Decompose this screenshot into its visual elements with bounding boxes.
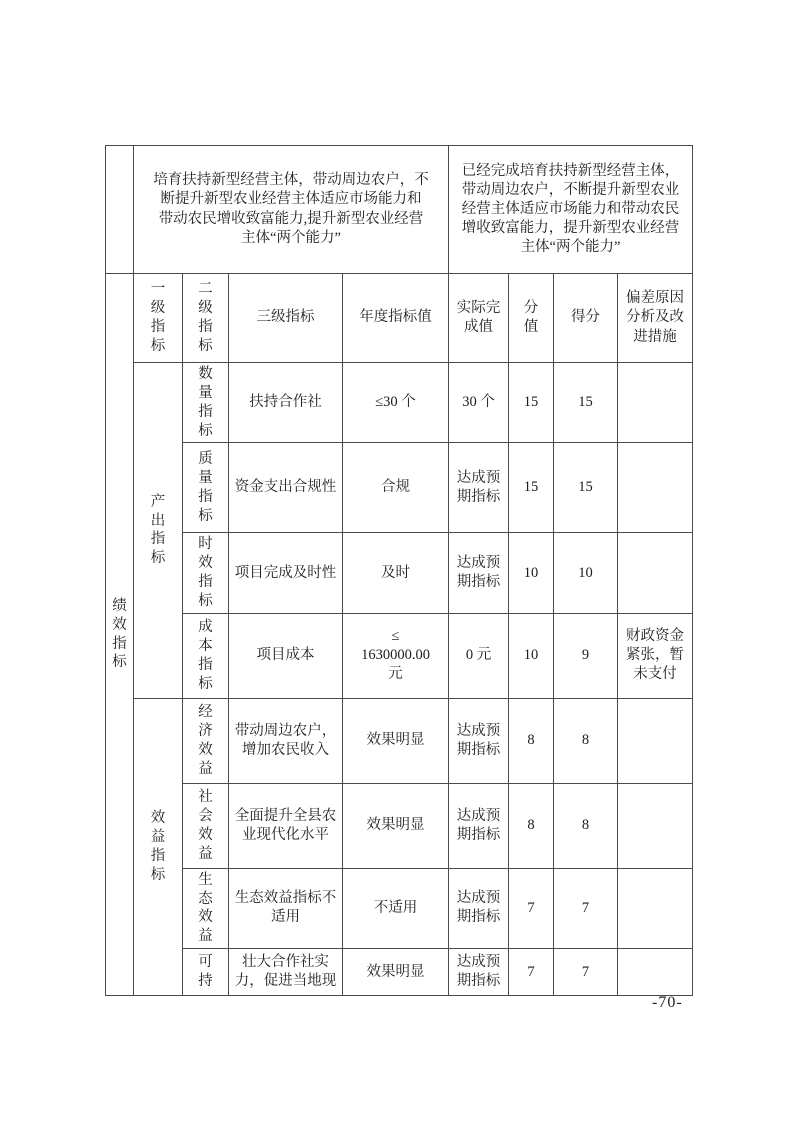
side-label: 绩效指标 [111,597,128,672]
header-actual: 实际完 成值 [449,274,509,363]
cell-level3: 生态效益指标不 适用 [229,868,343,948]
table-row: 成本指标 项目成本 ≤ 1630000.00 元 0 元 10 9 财政资金 紧… [106,613,693,698]
header-score: 得分 [554,274,618,363]
cell-score-value: 7 [509,868,554,948]
group-benefit-label: 效益指标 [150,809,167,884]
cell-actual: 达成预 期指标 [449,443,509,533]
side-label-cell: 绩效指标 [106,274,134,996]
carryover-empty-cell [106,146,134,274]
table-row: 产出指标 数量指标 扶持合作社 ≤30 个 30 个 15 15 [106,363,693,443]
cell-level2: 质量指标 [183,443,229,533]
cell-deviation [618,868,693,948]
table-row: 社会效益 全面提升全县农 业现代化水平 效果明显 达成预 期指标 8 8 [106,783,693,868]
cell-score: 9 [554,613,618,698]
table-row: 质量指标 资金支出合规性 合规 达成预 期指标 15 15 [106,443,693,533]
cell-level2: 经济效益 [183,698,229,783]
cell-annual-target: ≤ 1630000.00 元 [343,613,449,698]
group-output-cell: 产出指标 [134,363,183,699]
cell-score: 15 [554,443,618,533]
cell-score: 7 [554,868,618,948]
cell-score: 7 [554,949,618,996]
cell-annual-target: 不适用 [343,868,449,948]
cell-actual: 达成预 期指标 [449,868,509,948]
group-benefit-cell: 效益指标 [134,698,183,995]
cell-level2: 社会效益 [183,783,229,868]
cell-deviation [618,783,693,868]
cell-actual: 达成预 期指标 [449,949,509,996]
cell-actual: 达成预 期指标 [449,533,509,613]
cell-actual: 达成预 期指标 [449,698,509,783]
cell-level3: 项目成本 [229,613,343,698]
cell-score: 8 [554,783,618,868]
cell-actual: 0 元 [449,613,509,698]
cell-annual-target: 效果明显 [343,949,449,996]
cell-score-value: 8 [509,698,554,783]
cell-level2: 时效指标 [183,533,229,613]
cell-score: 10 [554,533,618,613]
cell-score-value: 7 [509,949,554,996]
table-header-row: 绩效指标 一级指标 二级指标 三级指标 年度指标值 实际完 成值 分 值 得分 … [106,274,693,363]
cell-score-value: 8 [509,783,554,868]
header-level3: 三级指标 [229,274,343,363]
cell-level2: 成本指标 [183,613,229,698]
cell-annual-target: 效果明显 [343,783,449,868]
carryover-goal-cell: 培育扶持新型经营主体，带动周边农户，不 断提升新型农业经营主体适应市场能力和 带… [134,146,449,274]
page-number: -70- [652,994,683,1012]
cell-level2: 生态效益 [183,868,229,948]
cell-deviation [618,443,693,533]
cell-score-value: 15 [509,443,554,533]
cell-level3: 资金支出合规性 [229,443,343,533]
cell-level3: 项目完成及时性 [229,533,343,613]
header-deviation: 偏差原因 分析及改 进措施 [618,274,693,363]
cell-deviation [618,533,693,613]
cell-score-value: 15 [509,363,554,443]
cell-level3: 扶持合作社 [229,363,343,443]
header-score-value: 分 值 [509,274,554,363]
cell-score: 15 [554,363,618,443]
cell-level2: 可持 [183,949,229,996]
header-level2: 二级指标 [183,274,229,363]
cell-actual: 达成预 期指标 [449,783,509,868]
group-output-label: 产出指标 [150,493,167,568]
carryover-completion-cell: 已经完成培育扶持新型经营主体， 带动周边农户，不断提升新型农业 经营主体适应市场… [449,146,693,274]
cell-level2: 数量指标 [183,363,229,443]
cell-level3: 壮大合作社实 力，促进当地现 [229,949,343,996]
document-page: 培育扶持新型经营主体，带动周边农户，不 断提升新型农业经营主体适应市场能力和 带… [0,0,794,1122]
carryover-row: 培育扶持新型经营主体，带动周边农户，不 断提升新型农业经营主体适应市场能力和 带… [106,146,693,274]
cell-annual-target: ≤30 个 [343,363,449,443]
cell-score-value: 10 [509,613,554,698]
cell-deviation [618,949,693,996]
cell-annual-target: 合规 [343,443,449,533]
table-row: 时效指标 项目完成及时性 及时 达成预 期指标 10 10 [106,533,693,613]
cell-deviation: 财政资金 紧张，暂 未支付 [618,613,693,698]
table-row: 可持 壮大合作社实 力，促进当地现 效果明显 达成预 期指标 7 7 [106,949,693,996]
cell-actual: 30 个 [449,363,509,443]
performance-indicator-table: 培育扶持新型经营主体，带动周边农户，不 断提升新型农业经营主体适应市场能力和 带… [105,145,693,996]
cell-level3: 全面提升全县农 业现代化水平 [229,783,343,868]
cell-score-value: 10 [509,533,554,613]
header-level1: 一级指标 [134,274,183,363]
cell-level3: 带动周边农户， 增加农民收入 [229,698,343,783]
cell-annual-target: 及时 [343,533,449,613]
header-annual-target: 年度指标值 [343,274,449,363]
cell-deviation [618,363,693,443]
table-row: 生态效益 生态效益指标不 适用 不适用 达成预 期指标 7 7 [106,868,693,948]
cell-annual-target: 效果明显 [343,698,449,783]
cell-score: 8 [554,698,618,783]
table-row: 效益指标 经济效益 带动周边农户， 增加农民收入 效果明显 达成预 期指标 8 … [106,698,693,783]
cell-deviation [618,698,693,783]
